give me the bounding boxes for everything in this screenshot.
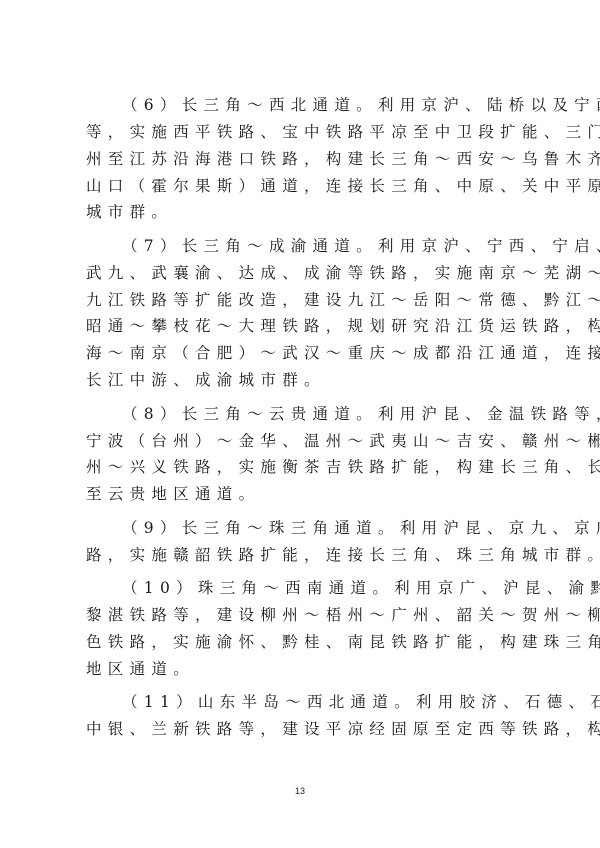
- paragraph-8-line-1: （8）长三角～云贵通道。利用沪昆、金温铁路等，建设: [122, 401, 562, 427]
- paragraph-7-line-5: 海～南京（合肥）～武汉～重庆～成都沿江通道，连接长三角、: [86, 340, 526, 366]
- paragraph-8-line-3: 州～兴义铁路，实施衡茶吉铁路扩能，构建长三角、长江中游: [86, 454, 526, 480]
- paragraph-10-line-3: 色铁路，实施渝怀、黔桂、南昆铁路扩能，构建珠三角至西南: [86, 629, 526, 655]
- paragraph-6-line-3: 州至江苏沿海港口铁路，构建长三角～西安～乌鲁木齐～阿拉: [86, 146, 526, 172]
- paragraph-11-line-1: （11）山东半岛～西北通道。利用胶济、石德、石太、太: [122, 689, 562, 715]
- paragraph-6-line-4: 山口（霍尔果斯）通道，连接长三角、中原、关中平原、兰西: [86, 173, 526, 199]
- paragraph-6-line-1: （6）长三角～西北通道。利用京沪、陆桥以及宁西铁路: [122, 92, 562, 118]
- paragraph-8-line-2: 宁波（台州）～金华、温州～武夷山～吉安、赣州～郴州～永: [86, 428, 526, 454]
- paragraph-7-line-3: 九江铁路等扩能改造，建设九江～岳阳～常德、黔江～遵义～: [86, 287, 526, 313]
- paragraph-10-line-1: （10）珠三角～西南通道。利用京广、沪昆、渝黔、广茂、: [122, 575, 562, 601]
- page-number: 13: [0, 786, 600, 796]
- paragraph-10-line-2: 黎湛铁路等，建设柳州～梧州～广州、韶关～贺州～柳州～百: [86, 602, 526, 628]
- paragraph-6-line-2: 等，实施西平铁路、宝中铁路平凉至中卫段扩能、三门峡经禹: [86, 119, 526, 145]
- paragraph-11-line-2: 中银、兰新铁路等，建设平凉经固原至定西等铁路，构建山东: [86, 716, 526, 742]
- paragraph-7-line-1: （7）长三角～成渝通道。利用京沪、宁西、宁启、铜九、: [122, 233, 562, 259]
- paragraph-7-line-4: 昭通～攀枝花～大理铁路，规划研究沿江货运铁路，构建上: [86, 313, 526, 339]
- paragraph-7-line-6: 长江中游、成渝城市群。: [86, 367, 526, 393]
- document-page: （6）长三角～西北通道。利用京沪、陆桥以及宁西铁路 等，实施西平铁路、宝中铁路平…: [0, 0, 600, 848]
- paragraph-6-line-5: 城市群。: [86, 199, 526, 225]
- paragraph-7-line-2: 武九、武襄渝、达成、成渝等铁路，实施南京～芜湖～铜陵～: [86, 260, 526, 286]
- paragraph-9-line-1: （9）长三角～珠三角通道。利用沪昆、京九、京广等铁: [122, 515, 562, 541]
- paragraph-8-line-4: 至云贵地区通道。: [86, 481, 526, 507]
- paragraph-10-line-4: 地区通道。: [86, 656, 526, 682]
- paragraph-9-line-2: 路，实施赣韶铁路扩能，连接长三角、珠三角城市群。: [86, 542, 526, 568]
